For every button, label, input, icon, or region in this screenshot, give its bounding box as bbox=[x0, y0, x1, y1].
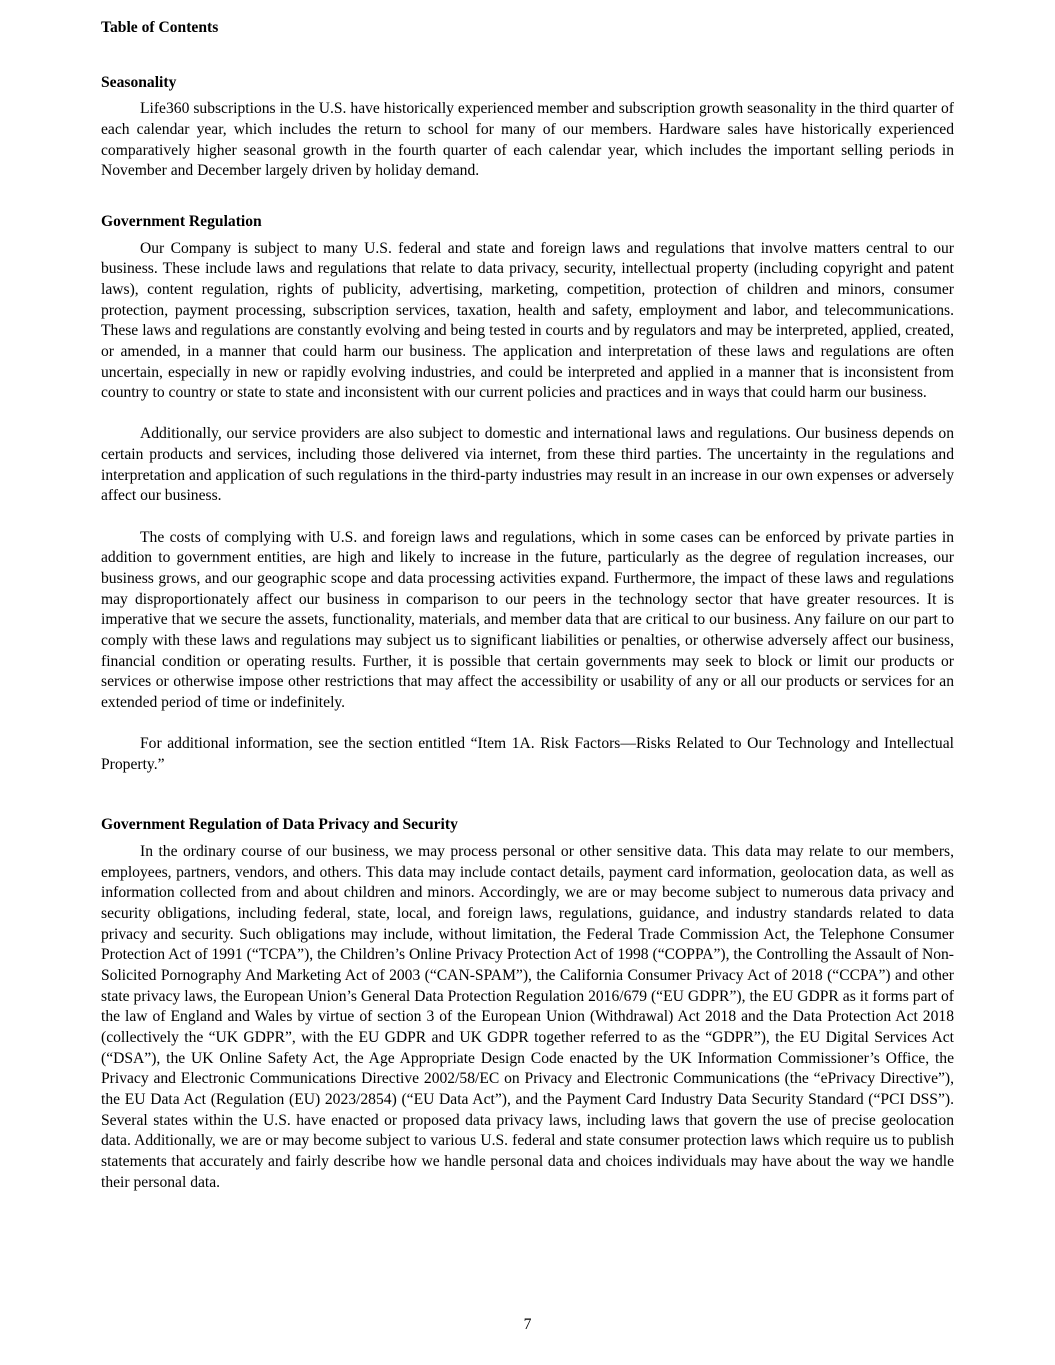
paragraph: In the ordinary course of our business, … bbox=[101, 842, 954, 1193]
section-government-regulation: Government Regulation Our Company is sub… bbox=[101, 212, 954, 776]
paragraph: Life360 subscriptions in the U.S. have h… bbox=[101, 99, 954, 182]
table-of-contents-link[interactable]: Table of Contents bbox=[101, 18, 954, 39]
paragraph: Additionally, our service providers are … bbox=[101, 424, 954, 507]
document-page: Table of Contents Seasonality Life360 su… bbox=[101, 18, 954, 1193]
paragraph: For additional information, see the sect… bbox=[101, 734, 954, 775]
section-heading: Seasonality bbox=[101, 73, 954, 94]
section-data-privacy-security: Government Regulation of Data Privacy an… bbox=[101, 815, 954, 1193]
paragraph: Our Company is subject to many U.S. fede… bbox=[101, 239, 954, 404]
page-number: 7 bbox=[0, 1316, 1055, 1334]
section-seasonality: Seasonality Life360 subscriptions in the… bbox=[101, 73, 954, 182]
section-heading: Government Regulation of Data Privacy an… bbox=[101, 815, 954, 836]
paragraph: The costs of complying with U.S. and for… bbox=[101, 528, 954, 714]
section-heading: Government Regulation bbox=[101, 212, 954, 233]
